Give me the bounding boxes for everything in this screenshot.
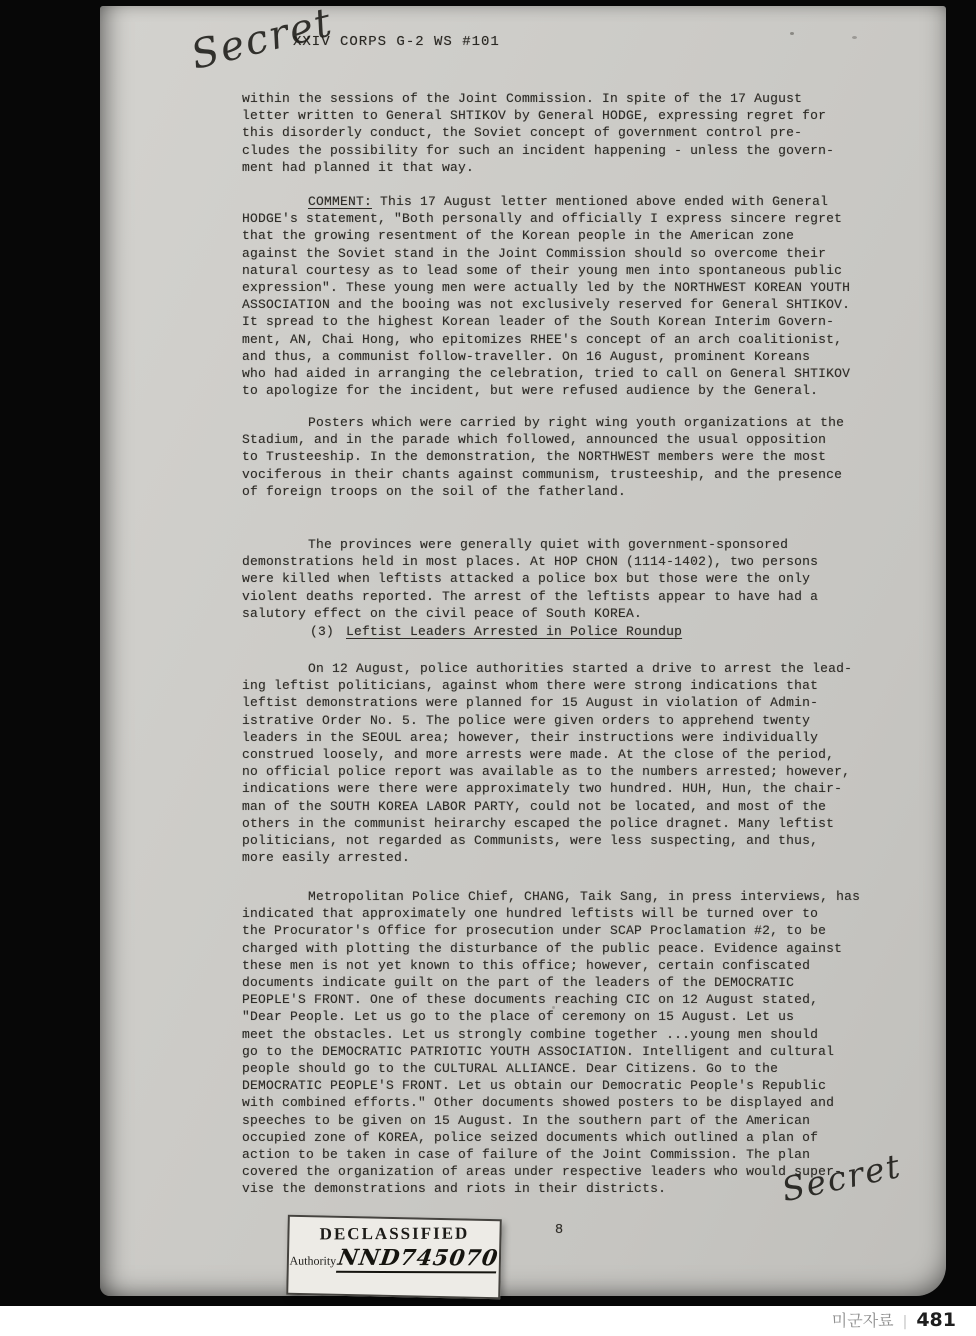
authority-number: NND745070 [336,1245,500,1274]
caption-separator: | [903,1314,908,1330]
scan-speckle [852,36,857,39]
section-title: Leftist Leaders Arrested in Police Round… [346,624,682,639]
document-paper: Secret XXIV CORPS G-2 WS #101 within the… [100,6,946,1296]
paragraph-continuation: within the sessions of the Joint Commiss… [242,90,910,176]
declassified-stamp-title: DECLASSIFIED [289,1223,499,1244]
authority-label: Authority [290,1254,337,1269]
archive-caption: 미군자료 | 481 [832,1308,956,1331]
paragraph-posters: Posters which were carried by right wing… [242,414,910,500]
section-number: (3) [310,624,334,639]
scanned-document-page: Secret XXIV CORPS G-2 WS #101 within the… [0,0,976,1336]
book-page-number: 481 [916,1309,956,1331]
handwritten-secret-top: Secret [187,0,338,79]
paragraph-provinces: The provinces were generally quiet with … [242,536,910,622]
declassified-stamp: DECLASSIFIED Authority NND745070 [286,1215,502,1299]
comment-text: This 17 August letter mentioned above en… [242,194,850,398]
archive-source-label: 미군자료 [832,1308,894,1331]
paragraph-police-roundup: On 12 August, police authorities started… [242,660,910,866]
scan-speckle [790,32,794,35]
comment-label: COMMENT: [308,194,372,209]
scan-background: Secret XXIV CORPS G-2 WS #101 within the… [0,0,976,1306]
section-heading: (3)Leftist Leaders Arrested in Police Ro… [310,623,682,640]
paragraph-police-chief: Metropolitan Police Chief, CHANG, Taik S… [242,888,910,1198]
typed-page-number: 8 [555,1222,563,1239]
book-margin [0,1306,976,1336]
paragraph-comment: COMMENT: This 17 August letter mentioned… [242,193,910,399]
